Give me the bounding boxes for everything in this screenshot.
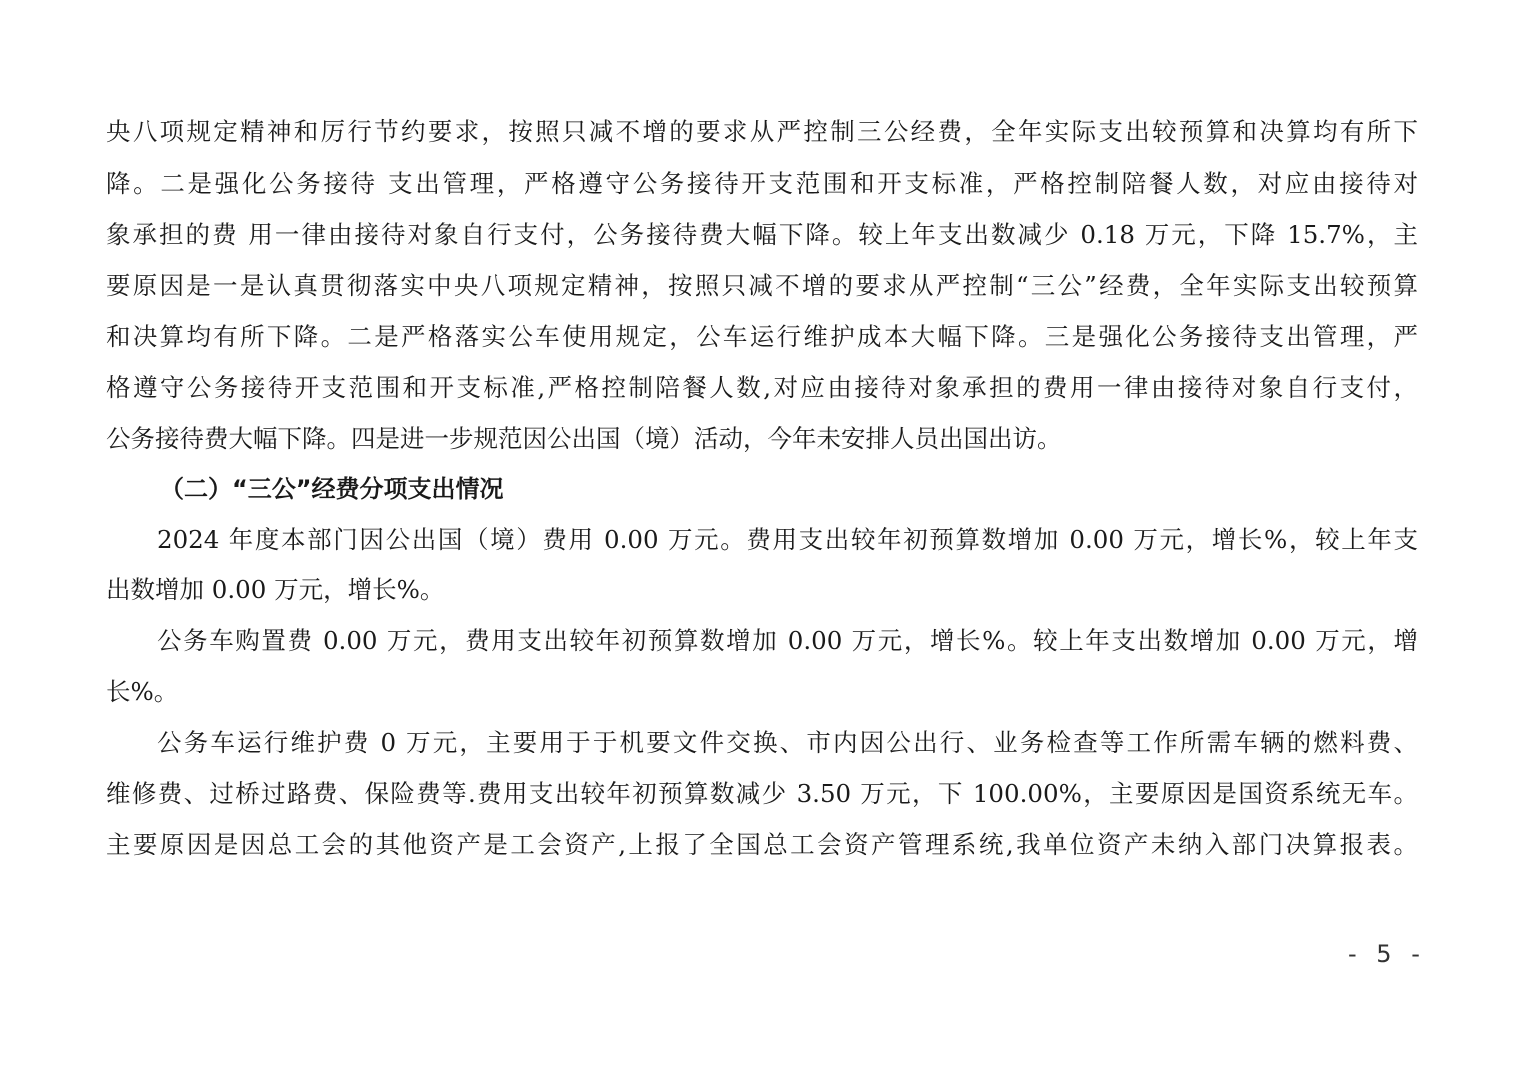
page-number: - 5 - bbox=[1348, 940, 1426, 968]
section-heading: （二）“三公”经费分项支出情况 bbox=[160, 472, 504, 506]
text-line: 维修费、过桥过路费、保险费等.费用支出较年初预算数减少 3.50 万元，下 10… bbox=[106, 777, 1418, 811]
text-line: 公务车购置费 0.00 万元，费用支出较年初预算数增加 0.00 万元，增长%。… bbox=[157, 624, 1418, 658]
text-line: 和决算均有所下降。二是严格落实公车使用规定，公车运行维护成本大幅下降。三是强化公… bbox=[106, 320, 1418, 354]
text-line: 格遵守公务接待开支范围和开支标准,严格控制陪餐人数,对应由接待对象承担的费用一律… bbox=[106, 371, 1418, 405]
text-line: 2024 年度本部门因公出国（境）费用 0.00 万元。费用支出较年初预算数增加… bbox=[157, 523, 1418, 557]
text-line: 主要原因是因总工会的其他资产是工会资产,上报了全国总工会资产管理系统,我单位资产… bbox=[106, 828, 1418, 862]
text-line: 要原因是一是认真贯彻落实中央八项规定精神，按照只减不增的要求从严控制“三公”经费… bbox=[106, 269, 1418, 303]
text-line: 象承担的费 用一律由接待对象自行支付，公务接待费大幅下降。较上年支出数减少 0.… bbox=[106, 218, 1418, 252]
text-line: 央八项规定精神和厉行节约要求，按照只减不增的要求从严控制三公经费，全年实际支出较… bbox=[106, 115, 1418, 149]
text-line: 公务接待费大幅下降。四是进一步规范因公出国（境）活动，今年未安排人员出国出访。 bbox=[106, 422, 1418, 456]
document-page: 央八项规定精神和厉行节约要求，按照只减不增的要求从严控制三公经费，全年实际支出较… bbox=[0, 0, 1520, 1074]
text-line: 出数增加 0.00 万元，增长%。 bbox=[106, 573, 1418, 607]
text-line: 降。二是强化公务接待 支出管理，严格遵守公务接待开支范围和开支标准，严格控制陪餐… bbox=[106, 167, 1418, 201]
text-line: 公务车运行维护费 0 万元，主要用于于机要文件交换、市内因公出行、业务检查等工作… bbox=[157, 726, 1418, 760]
text-line: 长%。 bbox=[106, 675, 1418, 709]
